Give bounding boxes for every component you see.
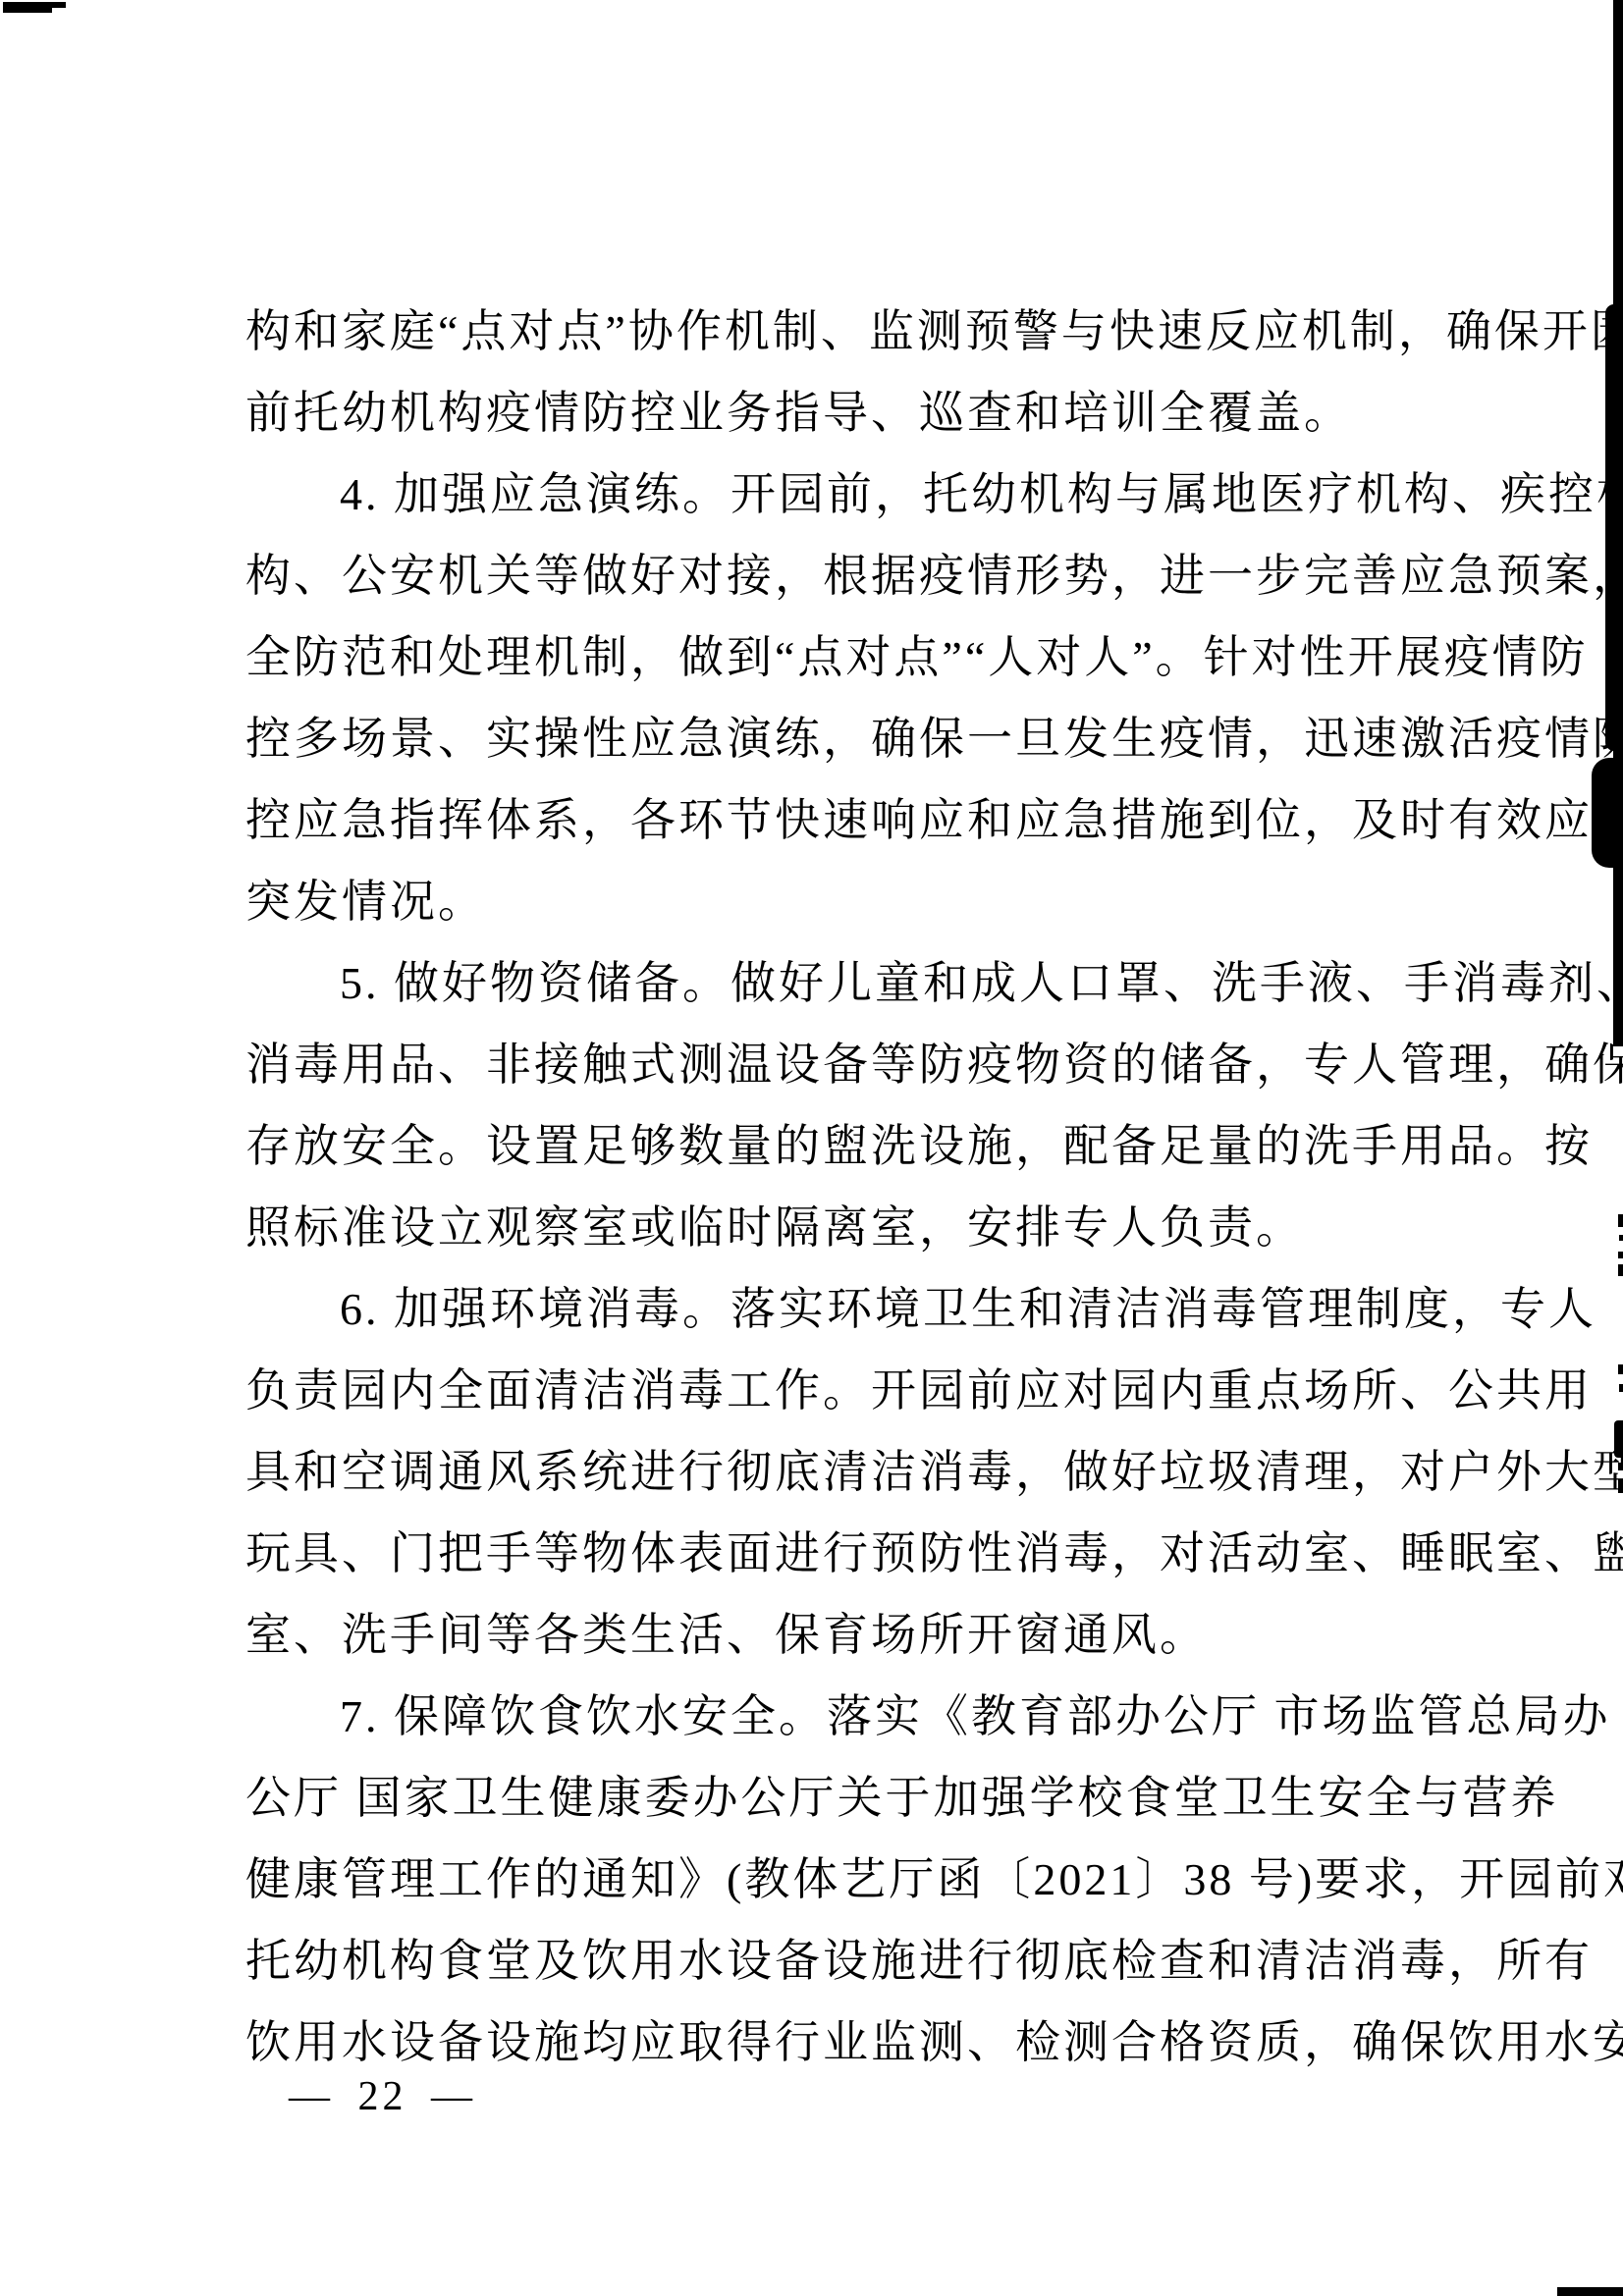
- text-line-paragraph-4-start: 4. 加强应急演练。开园前，托幼机构与属地医疗机构、疾控机: [245, 454, 1467, 535]
- text-line: 公厅 国家卫生健康委办公厅关于加强学校食堂卫生安全与营养: [245, 1757, 1467, 1839]
- text-line: 室、洗手间等各类生活、保育场所开窗通风。: [245, 1594, 1467, 1676]
- text-line: 照标准设立观察室或临时隔离室，安排专人负责。: [245, 1187, 1467, 1268]
- text-line: 健康管理工作的通知》(教体艺厅函〔2021〕38 号)要求，开园前对: [245, 1839, 1467, 1920]
- scan-artifact-right-dash: [1618, 1214, 1623, 1227]
- text-line: 消毒用品、非接触式测温设备等防疫物资的储备，专人管理，确保: [245, 1024, 1467, 1105]
- text-line: 具和空调通风系统进行彻底清洁消毒，做好垃圾清理，对户外大型: [245, 1431, 1467, 1513]
- text-line: 全防范和处理机制，做到“点对点”“人对人”。针对性开展疫情防: [245, 616, 1467, 698]
- scan-artifact-right-dash: [1619, 1235, 1623, 1241]
- text-line: 负责园内全面清洁消毒工作。开园前应对园内重点场所、公共用: [245, 1350, 1467, 1431]
- document-body: 构和家庭“点对点”协作机制、监测预警与快速反应机制，确保开园 前托幼机构疫情防控…: [245, 291, 1467, 2083]
- scan-artifact-bottom-right-bar: [1557, 2287, 1623, 2296]
- text-line: 玩具、门把手等物体表面进行预防性消毒，对活动室、睡眠室、盥洗: [245, 1513, 1467, 1594]
- scan-artifact-top-left-lower: [3, 8, 52, 13]
- text-line: 存放安全。设置足够数量的盥洗设施，配备足量的洗手用品。按: [245, 1105, 1467, 1187]
- text-line-paragraph-7-start: 7. 保障饮食饮水安全。落实《教育部办公厅 市场监管总局办: [245, 1676, 1467, 1757]
- text-line: 托幼机构食堂及饮用水设备设施进行彻底检查和清洁消毒，所有: [245, 1920, 1467, 2002]
- text-line: 构、公安机关等做好对接，根据疫情形势，进一步完善应急预案，健: [245, 535, 1467, 616]
- document-page: 构和家庭“点对点”协作机制、监测预警与快速反应机制，确保开园 前托幼机构疫情防控…: [0, 0, 1623, 2296]
- text-line: 构和家庭“点对点”协作机制、监测预警与快速反应机制，确保开园: [245, 291, 1467, 372]
- page-number-footer: — 22 —: [289, 2073, 476, 2120]
- scan-artifact-right-dash: [1619, 1384, 1623, 1392]
- text-line: 前托幼机构疫情防控业务指导、巡查和培训全覆盖。: [245, 372, 1467, 454]
- text-line: 突发情况。: [245, 861, 1467, 942]
- text-line: 控应急指挥体系，各环节快速响应和应急措施到位，及时有效应对: [245, 779, 1467, 861]
- text-line: 控多场景、实操性应急演练，确保一旦发生疫情，迅速激活疫情防: [245, 698, 1467, 779]
- text-line: 饮用水设备设施均应取得行业监测、检测合格资质，确保饮用水安: [245, 2002, 1467, 2083]
- text-line-paragraph-6-start: 6. 加强环境消毒。落实环境卫生和清洁消毒管理制度，专人: [245, 1268, 1467, 1350]
- scan-artifact-right-dash: [1618, 1364, 1623, 1374]
- scan-artifact-right-dash: [1618, 1264, 1623, 1276]
- scan-artifact-right-dash: [1618, 1252, 1623, 1258]
- text-line-paragraph-5-start: 5. 做好物资储备。做好儿童和成人口罩、洗手液、手消毒剂、: [245, 942, 1467, 1024]
- scan-artifact-right-band-wide: [1605, 304, 1623, 751]
